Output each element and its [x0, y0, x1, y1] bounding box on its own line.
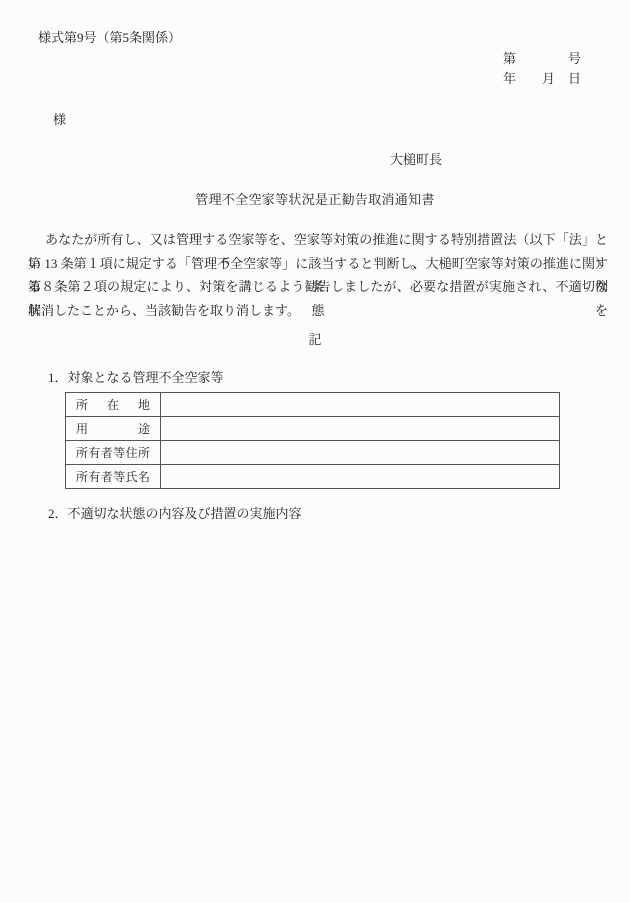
table-row: 所有者等氏名 [66, 465, 560, 489]
row-value-location [161, 393, 560, 417]
body-line: 第 13 条第１項に規定する「管理不全空家等」に該当すると判断し、大槌町空家等対… [28, 252, 608, 276]
row-label-owner-address: 所有者等住所 [66, 441, 161, 465]
sender-name: 大槌町長 [390, 152, 442, 168]
form-number: 様式第9号（第5条関係） [38, 30, 181, 46]
row-value-owner-address [161, 441, 560, 465]
table-row: 用途 [66, 417, 560, 441]
section2-heading: 2．不適切な状態の内容及び措置の実施内容 [48, 506, 302, 522]
body-paragraph: あなたが所有し、又は管理する空家等を、空家等対策の推進に関する特別措置法（以下「… [28, 228, 608, 322]
row-label-owner-name: 所有者等氏名 [66, 465, 161, 489]
row-label-use: 用途 [66, 417, 161, 441]
row-label-location: 所在地 [66, 393, 161, 417]
document-page: 様式第9号（第5条関係） 第 号 年 月 日 様 大槌町長 管理不全空家等状況是… [0, 0, 630, 903]
row-value-use [161, 417, 560, 441]
property-table: 所在地 用途 所有者等住所 所有者等氏名 [65, 392, 560, 489]
section1-heading: 1．対象となる管理不全空家等 [48, 370, 224, 386]
table-row: 所在地 [66, 393, 560, 417]
document-number-line: 第 号 [0, 51, 581, 67]
row-value-owner-name [161, 465, 560, 489]
addressee-label: 様 [53, 112, 66, 128]
document-title: 管理不全空家等状況是正勧告取消通知書 [0, 191, 630, 208]
date-line: 年 月 日 [0, 71, 581, 87]
body-line: あなたが所有し、又は管理する空家等を、空家等対策の推進に関する特別措置法（以下「… [28, 228, 608, 252]
ki-marker: 記 [0, 332, 630, 348]
body-line: 第８条第２項の規定により、対策を講じるよう勧告しましたが、必要な措置が実施され、… [28, 275, 608, 299]
table-row: 所有者等住所 [66, 441, 560, 465]
